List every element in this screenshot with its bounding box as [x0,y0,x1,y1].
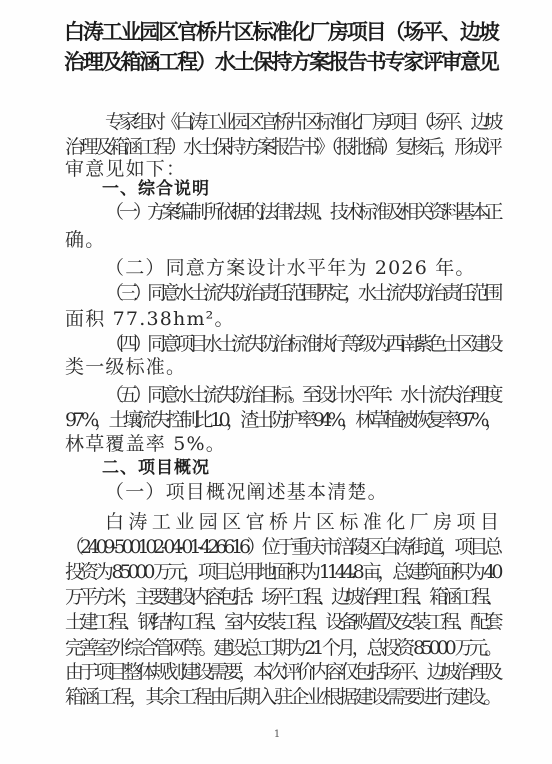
overview-body-line-3: 投资为 85000 万元，项目总用地面积为 1144.8 亩，总建筑面积为 40 [65,560,499,584]
overview-item-1-line-1: （一）项目概况阐述基本清楚。 [105,480,499,504]
intro-line-2: 治理及箱涵工程）水土保持方案报告书》（报批稿）复核后，形成评 [65,135,499,159]
document-title-line-1: 白涛工业园区官桥片区标准化厂房项目（场平、边坡 [64,19,498,45]
item-3-line-2: 面积 77.38hm²。 [65,307,499,331]
overview-body-line-5: 土建工程、钢结构工程、室内安装工程、设备购置及安装工程、配套 [65,610,499,634]
item-1-line-2: 确。 [65,228,499,252]
item-1-line-1: （一）方案编制所依据的法律法规、技术标准及相关资料基本正 [105,200,499,224]
page-number: 1 [272,729,282,740]
item-2-line-1: （二）同意方案设计水平年为 2026 年。 [105,256,499,280]
item-3-line-1: （三）同意水土流失防治责任范围界定，水土流失防治责任范围 [105,281,499,305]
document-title-line-2: 治理及箱涵工程）水土保持方案报告书专家评审意见 [64,49,498,75]
overview-body-line-1: 白涛工业园区官桥片区标准化厂房项目 [105,510,499,534]
item-5-line-1: （五）同意水土流失防治目标。至设计水平年：水十流失治理度 [105,383,499,407]
intro-line-1: 专家组对《白涛工业园区官桥片区标准化厂房项目（场平、边坡 [105,110,499,134]
item-4-line-2: 类一级标准。 [65,355,499,379]
overview-body-line-8: 箱涵工程，其余工程由后期入驻企业根据建设需要进行建设。 [65,685,499,709]
overview-body-line-4: 万平方米，主要建设内容包括：场平工程、边坡治理工程、箱涵工程、 [65,585,499,609]
overview-body-line-7: 由于项目整体规划建设需要，本次评价内容仅包括场平、边坡治理及 [65,660,499,684]
overview-body-line-2: （2409-500102-04-01-426616）位于重庆市涪陵区白涛街道，项… [65,535,499,559]
item-5-line-3: 林草覆盖率 5%。 [65,432,499,456]
item-5-line-2: 97 %，土壤流失控制比 1.0，渣土防护率 94%，林草植被恢复率 97%， [65,408,499,432]
overview-body-line-6: 完善室外综合管网等。建设总工期为 21 个月，总投资 85000 万元。 [65,636,499,660]
section-heading-overview: 二、项目概况 [102,456,210,480]
item-4-line-1: （四）同意项目水土流失防治标准执行等级为西南紫色土区建设 [105,332,499,356]
section-heading-general: 一、综合说明 [102,177,210,201]
document-page: 白涛工业园区官桥片区标准化厂房项目（场平、边坡 治理及箱涵工程）水土保持方案报告… [0,0,552,764]
